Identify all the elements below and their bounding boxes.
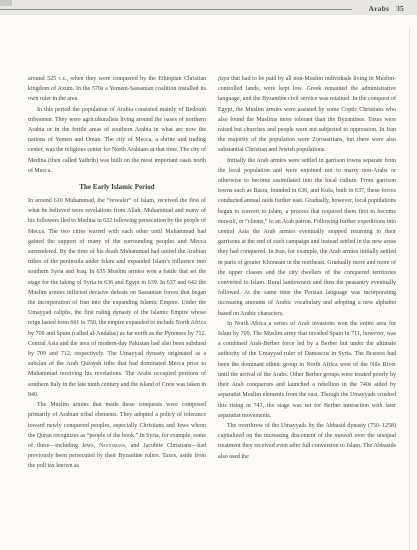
header-rule	[0, 9, 352, 10]
text-run: that had to be paid by all non-Muslim in…	[218, 76, 396, 153]
two-column-text: around 525 c.e., when they were conquere…	[28, 74, 396, 550]
text-run: jizya	[218, 76, 229, 82]
text-run: In this period the population of Arabia …	[28, 107, 206, 174]
corner-scan-artifact	[0, 0, 12, 6]
page-number: 35	[396, 4, 404, 13]
text-run: Nestorians	[99, 443, 125, 449]
paragraph: The overthrow of the Umayyads by the Abb…	[218, 421, 396, 462]
text-run: , or “clients,” to an Arab patron. Follo…	[218, 219, 396, 317]
right-column: jizya that had to be paid by all non-Mus…	[218, 74, 396, 550]
paragraph: jizya that had to be paid by all non-Mus…	[218, 74, 396, 156]
text-run: c.e.	[58, 76, 66, 82]
paragraph: Initially the Arab armies were settled i…	[218, 156, 396, 319]
text-run: around 525	[28, 76, 58, 82]
text-run: mawali	[218, 219, 236, 225]
text-run: had been the dominant ethnic group in No…	[218, 351, 396, 418]
text-run: Berbers	[366, 351, 385, 357]
text-run: mawali	[335, 433, 353, 439]
paragraph: In North Africa a series of Arab invasio…	[218, 319, 396, 421]
text-run: In around 610 Muhammad, the “revealer” o…	[28, 198, 206, 398]
section-heading: The Early Islamic Period	[28, 182, 206, 192]
page-header-band	[0, 0, 417, 15]
paragraph: In around 610 Muhammad, the “revealer” o…	[28, 196, 206, 400]
running-head: Arabs35	[369, 4, 405, 13]
left-column: around 525 c.e., when they were conquere…	[28, 74, 206, 550]
book-page: Arabs35 around 525 c.e., when they were …	[0, 0, 417, 550]
page-header-title: Arabs	[369, 4, 390, 13]
paragraph: around 525 c.e., when they were conquere…	[28, 74, 206, 105]
text-run: Initially the Arab armies were settled i…	[218, 158, 396, 215]
paragraph: In this period the population of Arabia …	[28, 105, 206, 176]
page-edge-shadow	[409, 28, 410, 550]
text-run: The Muslim armies that made these conque…	[28, 402, 206, 449]
paragraph: The Muslim armies that made these conque…	[28, 400, 206, 471]
